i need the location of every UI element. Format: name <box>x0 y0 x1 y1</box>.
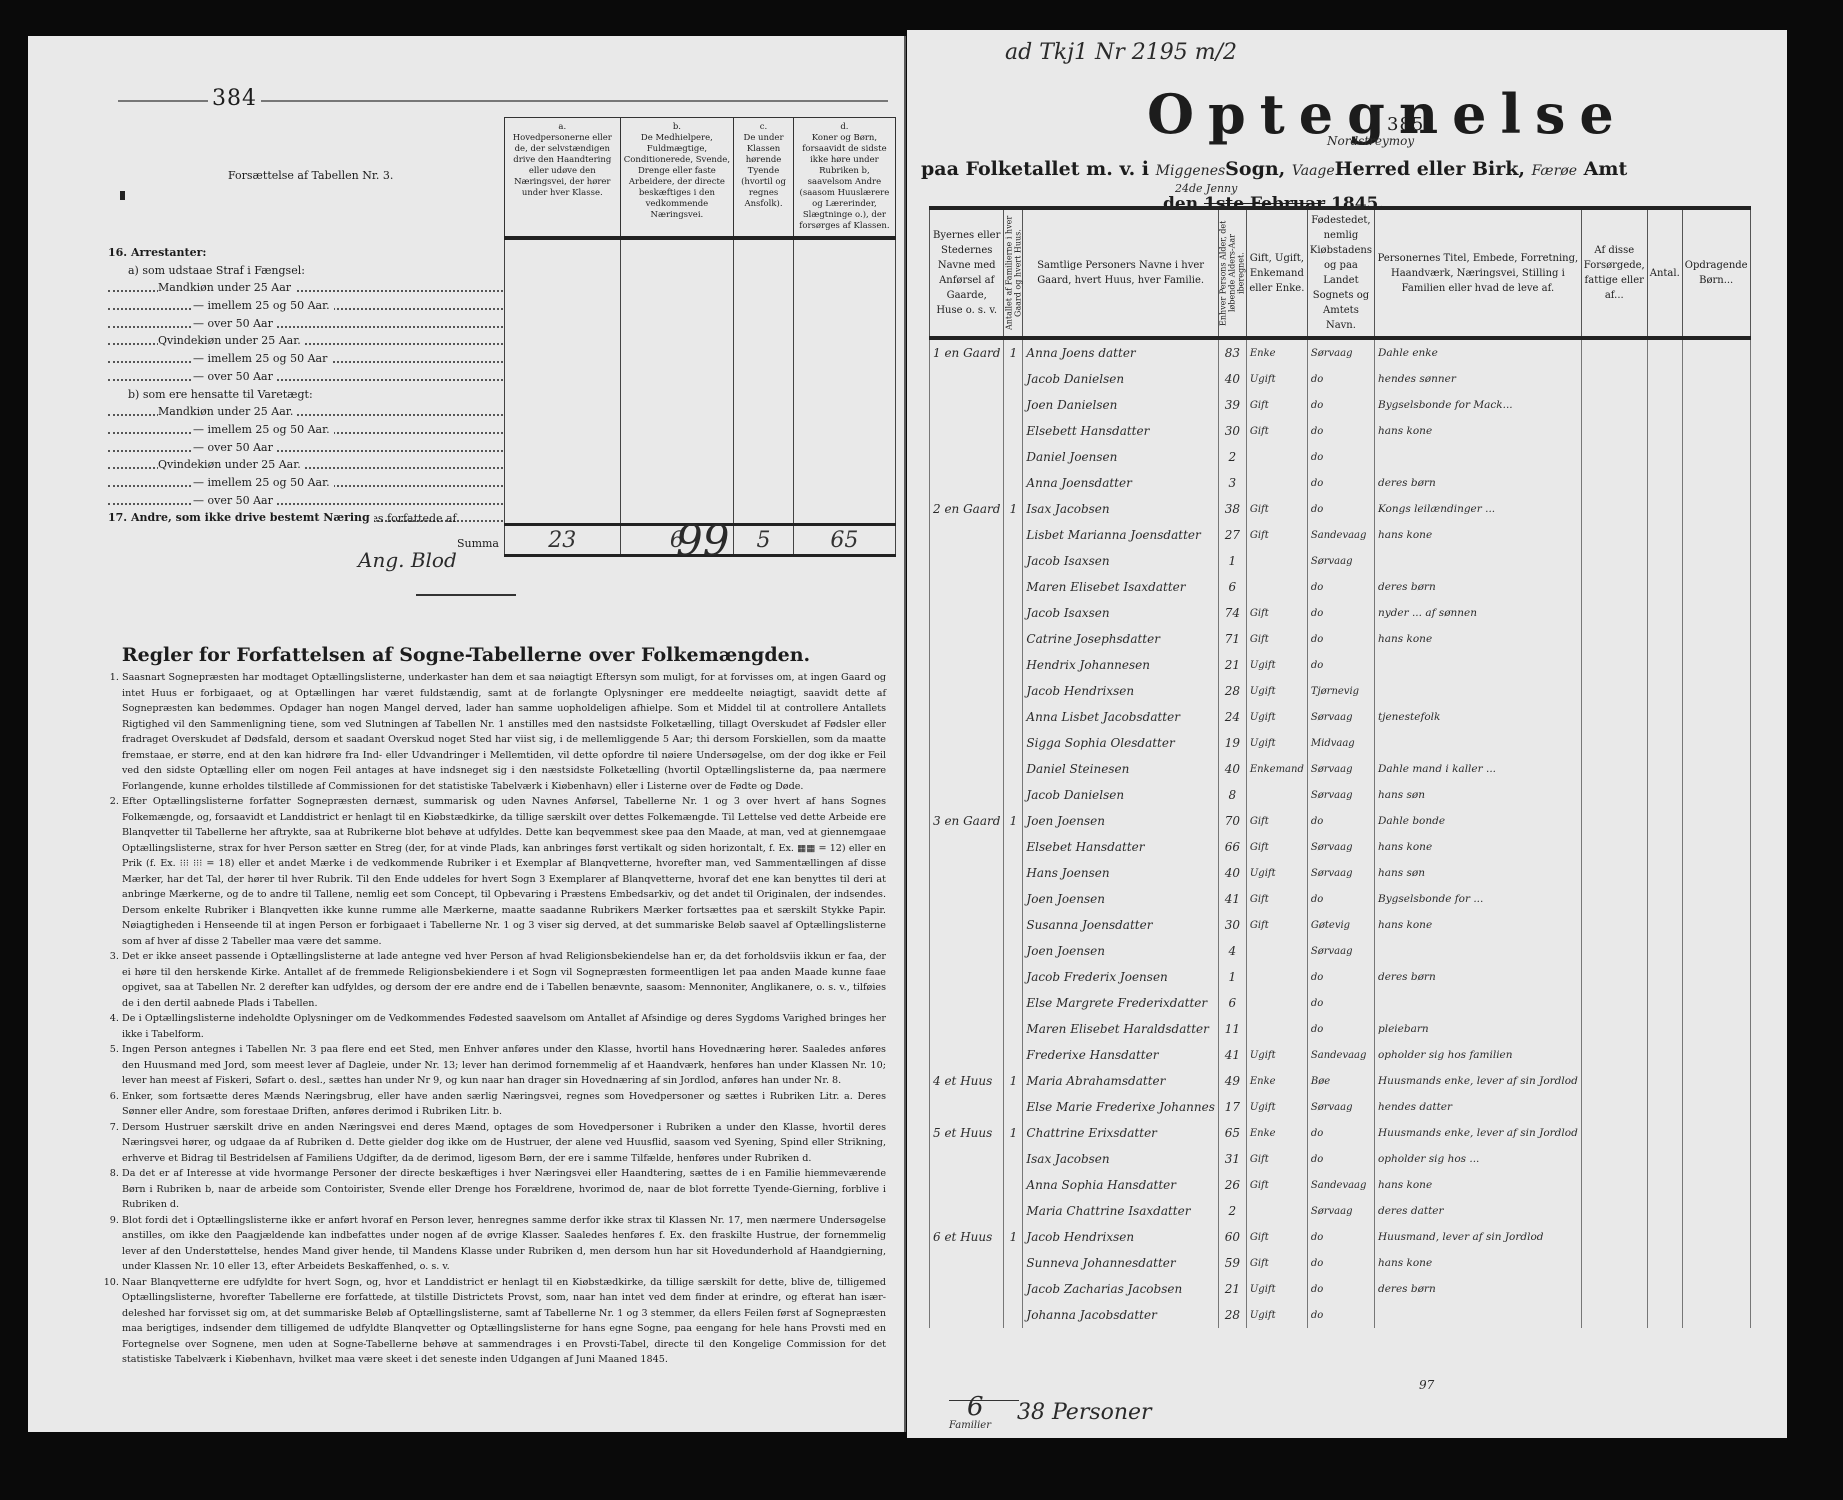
cell-age: 1 <box>1218 964 1246 990</box>
cell-age: 28 <box>1218 678 1246 704</box>
cell-name: Maria Abrahamsdatter <box>1023 1068 1218 1094</box>
cell-status: Gift <box>1246 522 1307 548</box>
cell-occupation: tjenestefolk <box>1374 704 1581 730</box>
cell-families <box>1004 782 1023 808</box>
cell-empty <box>1682 1094 1750 1120</box>
cell-status <box>1246 1198 1307 1224</box>
page-number: 385 <box>1387 114 1424 135</box>
cell-place <box>930 886 1004 912</box>
census-row: Anna Sophia Hansdatter26GiftSandevaaghan… <box>930 1172 1751 1198</box>
cell-empty <box>1581 990 1647 1016</box>
cell-place <box>930 1276 1004 1302</box>
cell-occupation: hans søn <box>1374 782 1581 808</box>
cell-name: Isax Jacobsen <box>1023 1146 1218 1172</box>
cell-name: Susanna Joensdatter <box>1023 912 1218 938</box>
census-row: Frederixe Hansdatter41UgiftSandevaagopho… <box>930 1042 1751 1068</box>
class-cell <box>734 258 794 276</box>
class-cell <box>734 399 794 417</box>
row-label: — over 50 Aar <box>193 494 277 507</box>
census-column-header: Gift, Ugift, Enkemand eller Enke. <box>1246 208 1307 338</box>
cell-status <box>1246 444 1307 470</box>
census-row: 2 en Gaard1Isax Jacobsen38GiftdoKongs le… <box>930 496 1751 522</box>
census-column-header: Personernes Titel, Embede, Forretning, H… <box>1374 208 1581 338</box>
arrestanter-row: — over 50 Aar <box>108 368 503 386</box>
cell-birthplace: do <box>1307 964 1374 990</box>
class-cell <box>793 293 895 311</box>
cell-empty <box>1647 704 1682 730</box>
cell-status <box>1246 470 1307 496</box>
cell-age: 66 <box>1218 834 1246 860</box>
cell-empty <box>1682 964 1750 990</box>
class-cell <box>620 311 734 329</box>
cell-occupation <box>1374 990 1581 1016</box>
cell-occupation: deres børn <box>1374 964 1581 990</box>
class-cell <box>505 505 621 524</box>
cell-families <box>1004 1042 1023 1068</box>
cell-birthplace: Sørvaag <box>1307 782 1374 808</box>
column-letter: b. <box>623 122 732 133</box>
cell-status: Ugift <box>1246 730 1307 756</box>
cell-occupation: hans kone <box>1374 522 1581 548</box>
class-cell <box>793 452 895 470</box>
cell-occupation: Dahle bonde <box>1374 808 1581 834</box>
cell-status: Ugift <box>1246 1302 1307 1328</box>
census-row: Else Marie Frederixe Johannes17UgiftSørv… <box>930 1094 1751 1120</box>
cell-status <box>1246 548 1307 574</box>
page-number: 384 <box>208 86 261 111</box>
cell-empty <box>1682 522 1750 548</box>
census-column-header: Antallet af Familierne i hver Gaard og h… <box>1004 208 1023 338</box>
cell-empty <box>1581 912 1647 938</box>
cell-status: Ugift <box>1246 860 1307 886</box>
cell-place <box>930 470 1004 496</box>
census-row: Catrine Josephsdatter71Giftdohans kone <box>930 626 1751 652</box>
cell-status: Ugift <box>1246 652 1307 678</box>
census-column-header: Fødestedet, nemlig Kiøbstadens og paa La… <box>1307 208 1374 338</box>
cell-empty <box>1581 1146 1647 1172</box>
class-cell <box>620 364 734 382</box>
class-cell <box>734 311 794 329</box>
row-label: Mandkiøn under 25 Aar. <box>158 405 297 418</box>
cell-name: Anna Sophia Hansdatter <box>1023 1172 1218 1198</box>
cell-age: 40 <box>1218 366 1246 392</box>
cell-empty <box>1682 338 1750 366</box>
cell-status: Gift <box>1246 626 1307 652</box>
cell-occupation: deres børn <box>1374 1276 1581 1302</box>
census-row: Joen Joensen41GiftdoBygselsbonde for ... <box>930 886 1751 912</box>
cell-empty <box>1647 912 1682 938</box>
cell-occupation: hans kone <box>1374 912 1581 938</box>
row-label: b) som ere hensatte til Varetægt: <box>128 388 317 401</box>
rule-item: Det er ikke anseet passende i Optællings… <box>122 949 886 1011</box>
cell-name: Maren Elisebet Isaxdatter <box>1023 574 1218 600</box>
cell-status: Gift <box>1246 886 1307 912</box>
cell-families <box>1004 990 1023 1016</box>
class-cell <box>734 328 794 346</box>
census-row: Jacob Danielsen40Ugiftdohendes sønner <box>930 366 1751 392</box>
cell-age: 40 <box>1218 756 1246 782</box>
cell-families <box>1004 444 1023 470</box>
cell-empty <box>1682 392 1750 418</box>
archive-mark: ad Tkj1 Nr 2195 m/2 <box>1005 40 1237 65</box>
census-column-header: Samtlige Personers Navne i hver Gaard, h… <box>1023 208 1218 338</box>
cell-occupation: pleiebarn <box>1374 1016 1581 1042</box>
class-table: a.Hovedpersonerne eller de, der selvstæn… <box>504 117 896 557</box>
cell-age: 2 <box>1218 444 1246 470</box>
cell-occupation: hendes datter <box>1374 1094 1581 1120</box>
arrestanter-row: Qvindekiøn under 25 Aar. <box>108 332 503 350</box>
cell-empty <box>1581 366 1647 392</box>
cell-age: 70 <box>1218 808 1246 834</box>
cell-birthplace: Tjørnevig <box>1307 678 1374 704</box>
cell-empty <box>1682 938 1750 964</box>
cell-birthplace: Sørvaag <box>1307 938 1374 964</box>
cell-birthplace: do <box>1307 1250 1374 1276</box>
class-table-row <box>505 275 896 293</box>
cell-empty <box>1647 808 1682 834</box>
cell-families <box>1004 1172 1023 1198</box>
cell-name: Joen Joensen <box>1023 808 1218 834</box>
cell-name: Isax Jacobsen <box>1023 496 1218 522</box>
cell-empty <box>1682 1250 1750 1276</box>
class-column-header: c.De under Klassen hørende Tyende (hvort… <box>734 118 794 239</box>
cell-place <box>930 1250 1004 1276</box>
cell-status <box>1246 574 1307 600</box>
cell-empty <box>1682 1042 1750 1068</box>
census-row: 3 en Gaard1Joen Joensen70GiftdoDahle bon… <box>930 808 1751 834</box>
cell-families <box>1004 730 1023 756</box>
cell-occupation: deres datter <box>1374 1198 1581 1224</box>
census-row: 5 et Huus1Chattrine Erixsdatter65EnkedoH… <box>930 1120 1751 1146</box>
cell-families <box>1004 626 1023 652</box>
class-cell <box>620 382 734 400</box>
cell-status: Gift <box>1246 834 1307 860</box>
class-table-row <box>505 399 896 417</box>
table-subtitle: Forsættelse af Tabellen Nr. 3. <box>228 169 393 182</box>
cell-empty <box>1682 1120 1750 1146</box>
cell-age: 6 <box>1218 990 1246 1016</box>
herred-name: Vaage <box>1292 163 1335 179</box>
cell-status: Gift <box>1246 1250 1307 1276</box>
cell-birthplace: do <box>1307 652 1374 678</box>
cell-age: 6 <box>1218 574 1246 600</box>
cell-name: Sunneva Johannesdatter <box>1023 1250 1218 1276</box>
herred-note-handwritten: Nordstreymoy <box>1327 134 1414 148</box>
cell-empty <box>1682 574 1750 600</box>
arrestanter-row: — imellem 25 og 50 Aar. <box>108 474 503 492</box>
class-cell <box>734 488 794 506</box>
cell-birthplace: Sørvaag <box>1307 1094 1374 1120</box>
class-cell <box>620 399 734 417</box>
cell-age: 8 <box>1218 782 1246 808</box>
cell-empty <box>1581 626 1647 652</box>
cell-empty <box>1682 418 1750 444</box>
census-row: Jacob Frederix Joensen1doderes børn <box>930 964 1751 990</box>
heading-prefix: paa Folketallet m. v. i <box>921 158 1149 180</box>
cell-families <box>1004 1094 1023 1120</box>
cell-families: 1 <box>1004 496 1023 522</box>
cell-place <box>930 1302 1004 1328</box>
class-cell <box>505 328 621 346</box>
herred-label: Herred eller Birk, <box>1335 158 1525 180</box>
cell-birthplace: Sørvaag <box>1307 834 1374 860</box>
cell-birthplace: Sørvaag <box>1307 860 1374 886</box>
cell-occupation <box>1374 678 1581 704</box>
cell-occupation: hans kone <box>1374 1250 1581 1276</box>
cell-place <box>930 626 1004 652</box>
cell-age: 30 <box>1218 418 1246 444</box>
rule-item: Enker, som fortsætte deres Mænds Nærings… <box>122 1089 886 1120</box>
column-text: De under Klassen hørende Tyende (hvortil… <box>736 133 791 210</box>
cell-birthplace: Sørvaag <box>1307 338 1374 366</box>
cell-place <box>930 834 1004 860</box>
column-letter: a. <box>507 122 618 133</box>
arrestanter-row: — over 50 Aar <box>108 315 503 333</box>
cell-empty <box>1581 1276 1647 1302</box>
total-families: 6 <box>967 1392 984 1422</box>
cell-empty <box>1647 1276 1682 1302</box>
class-cell <box>793 258 895 276</box>
arrestanter-row: a) som udstaae Straf i Fængsel: <box>108 262 503 280</box>
cell-status: Gift <box>1246 392 1307 418</box>
cell-empty <box>1647 990 1682 1016</box>
cell-place <box>930 782 1004 808</box>
cell-age: 49 <box>1218 1068 1246 1094</box>
cell-name: Joen Joensen <box>1023 886 1218 912</box>
class-cell <box>505 470 621 488</box>
cell-occupation: hendes sønner <box>1374 366 1581 392</box>
cell-birthplace: do <box>1307 366 1374 392</box>
cell-occupation: Huusmands enke, lever af sin Jordlod <box>1374 1068 1581 1094</box>
cell-empty <box>1682 678 1750 704</box>
census-row: Joen Danielsen39GiftdoBygselsbonde for M… <box>930 392 1751 418</box>
cell-name: Lisbet Marianna Joensdatter <box>1023 522 1218 548</box>
cell-status: Enke <box>1246 1120 1307 1146</box>
cell-empty <box>1682 496 1750 522</box>
class-cell <box>505 293 621 311</box>
cell-place: 2 en Gaard <box>930 496 1004 522</box>
cell-age: 21 <box>1218 1276 1246 1302</box>
rule-item: Naar Blanqvetterne ere udfyldte for hver… <box>122 1275 886 1368</box>
census-row: Elsebet Hansdatter66GiftSørvaaghans kone <box>930 834 1751 860</box>
cell-place <box>930 964 1004 990</box>
cell-families <box>1004 964 1023 990</box>
cell-empty <box>1581 964 1647 990</box>
census-row: Maren Elisebet Isaxdatter6doderes børn <box>930 574 1751 600</box>
cell-families: 1 <box>1004 1224 1023 1250</box>
census-row: Jacob Danielsen8Sørvaaghans søn <box>930 782 1751 808</box>
census-row: Sigga Sophia Olesdatter19UgiftMidvaag <box>930 730 1751 756</box>
cell-empty <box>1581 338 1647 366</box>
census-row: Else Margrete Frederixdatter6do <box>930 990 1751 1016</box>
class-table-row <box>505 435 896 453</box>
column-letter: c. <box>736 122 791 133</box>
cell-name: Elsebett Hansdatter <box>1023 418 1218 444</box>
cell-families <box>1004 1250 1023 1276</box>
cell-empty <box>1581 678 1647 704</box>
class-cell <box>505 452 621 470</box>
cell-name: Johanna Jacobsdatter <box>1023 1302 1218 1328</box>
class-cell <box>620 470 734 488</box>
cell-name: Hans Joensen <box>1023 860 1218 886</box>
census-row: Jacob Isaxsen74Giftdonyder ... af sønnen <box>930 600 1751 626</box>
cell-status: Gift <box>1246 418 1307 444</box>
class-table-row <box>505 238 896 258</box>
cell-empty <box>1682 808 1750 834</box>
class-cell <box>734 470 794 488</box>
signature: Ang. Blod <box>358 548 457 572</box>
column-letter: d. <box>796 122 893 133</box>
cell-status: Enkemand <box>1246 756 1307 782</box>
cell-empty <box>1682 548 1750 574</box>
cell-occupation <box>1374 730 1581 756</box>
class-cell <box>793 328 895 346</box>
cell-empty <box>1581 730 1647 756</box>
cell-empty <box>1581 704 1647 730</box>
rule-item: De i Optællingslisterne indeholdte Oplys… <box>122 1011 886 1042</box>
cell-place <box>930 1016 1004 1042</box>
cell-families <box>1004 1276 1023 1302</box>
cell-status: Ugift <box>1246 366 1307 392</box>
column-text: Koner og Børn, forsaavidt de sidste ikke… <box>796 133 893 232</box>
census-row: Hans Joensen40UgiftSørvaaghans søn <box>930 860 1751 886</box>
arrestanter-rows: 16. Arrestanter:a) som udstaae Straf i F… <box>108 244 503 553</box>
census-row: Elsebett Hansdatter30Giftdohans kone <box>930 418 1751 444</box>
cell-empty <box>1647 1250 1682 1276</box>
cell-empty <box>1581 600 1647 626</box>
census-row: Lisbet Marianna Joensdatter27GiftSandeva… <box>930 522 1751 548</box>
class-cell <box>620 346 734 364</box>
cell-empty <box>1682 366 1750 392</box>
census-table: Byernes eller Stedernes Navne med Anførs… <box>929 206 1751 1328</box>
arrestanter-row: — over 50 Aar <box>108 492 503 510</box>
cell-families: 1 <box>1004 808 1023 834</box>
cell-empty <box>1647 1146 1682 1172</box>
class-table-row <box>505 470 896 488</box>
cell-occupation: Bygselsbonde for ... <box>1374 886 1581 912</box>
arrestanter-row: — imellem 25 og 50 Aar <box>108 350 503 368</box>
cell-empty <box>1647 470 1682 496</box>
class-cell <box>505 238 621 258</box>
class-cell <box>620 328 734 346</box>
census-column-header: Byernes eller Stedernes Navne med Anførs… <box>930 208 1004 338</box>
cell-place <box>930 756 1004 782</box>
cell-age: 41 <box>1218 1042 1246 1068</box>
cell-families <box>1004 938 1023 964</box>
cell-place <box>930 1146 1004 1172</box>
cell-empty <box>1581 1094 1647 1120</box>
cell-name: Hendrix Johannesen <box>1023 652 1218 678</box>
cell-name: Catrine Josephsdatter <box>1023 626 1218 652</box>
cell-status: Ugift <box>1246 1042 1307 1068</box>
class-cell <box>793 399 895 417</box>
summa-value: 65 <box>793 525 895 556</box>
arrestanter-row: — imellem 25 og 50 Aar. <box>108 421 503 439</box>
cell-birthplace: do <box>1307 444 1374 470</box>
class-cell <box>734 275 794 293</box>
cell-occupation: opholder sig hos familien <box>1374 1042 1581 1068</box>
class-cell <box>505 435 621 453</box>
class-cell <box>734 452 794 470</box>
cell-occupation: opholder sig hos ... <box>1374 1146 1581 1172</box>
leader-dots <box>108 368 503 381</box>
class-table-row <box>505 452 896 470</box>
cell-families <box>1004 1198 1023 1224</box>
census-column-header: Af disse Forsørgede, fattige eller af... <box>1581 208 1647 338</box>
cell-empty <box>1682 626 1750 652</box>
rule-item: Da det er af Interesse at vide hvormange… <box>122 1166 886 1213</box>
cell-age: 65 <box>1218 1120 1246 1146</box>
cell-name: Jacob Frederix Joensen <box>1023 964 1218 990</box>
cell-birthplace: do <box>1307 1146 1374 1172</box>
census-row: Susanna Joensdatter30GiftGøtevighans kon… <box>930 912 1751 938</box>
heading-line: paa Folketallet m. v. i MiggenesSogn, Va… <box>921 158 1627 180</box>
cell-name: Maren Elisebet Haraldsdatter <box>1023 1016 1218 1042</box>
row-label: — over 50 Aar <box>193 441 277 454</box>
census-row: Isax Jacobsen31Giftdoopholder sig hos ..… <box>930 1146 1751 1172</box>
class-table-row <box>505 311 896 329</box>
census-row: Hendrix Johannesen21Ugiftdo <box>930 652 1751 678</box>
class-cell <box>793 435 895 453</box>
cell-name: Else Marie Frederixe Johannes <box>1023 1094 1218 1120</box>
cell-empty <box>1581 548 1647 574</box>
class-cell <box>793 505 895 524</box>
left-page: 384 Forsættelse af Tabellen Nr. 3. a.Hov… <box>28 36 906 1432</box>
cell-empty <box>1647 574 1682 600</box>
cell-families <box>1004 652 1023 678</box>
cell-occupation: hans kone <box>1374 626 1581 652</box>
cell-status <box>1246 990 1307 1016</box>
class-cell <box>505 258 621 276</box>
cell-place <box>930 574 1004 600</box>
class-cell <box>793 488 895 506</box>
census-row: 6 et Huus1Jacob Hendrixsen60GiftdoHuusma… <box>930 1224 1751 1250</box>
cell-name: Maria Chattrine Isaxdatter <box>1023 1198 1218 1224</box>
cell-empty <box>1581 1250 1647 1276</box>
cell-name: Jacob Hendrixsen <box>1023 678 1218 704</box>
class-table-row <box>505 293 896 311</box>
cell-families <box>1004 522 1023 548</box>
cell-empty <box>1682 886 1750 912</box>
cell-birthplace: Sørvaag <box>1307 1198 1374 1224</box>
cell-families <box>1004 548 1023 574</box>
cell-empty <box>1581 470 1647 496</box>
cell-empty <box>1647 392 1682 418</box>
class-table-row <box>505 346 896 364</box>
cell-empty <box>1682 444 1750 470</box>
cell-age: 21 <box>1218 652 1246 678</box>
cell-families <box>1004 418 1023 444</box>
cell-families: 1 <box>1004 338 1023 366</box>
cell-families <box>1004 392 1023 418</box>
cell-name: Jacob Zacharias Jacobsen <box>1023 1276 1218 1302</box>
cell-name: Anna Lisbet Jacobsdatter <box>1023 704 1218 730</box>
cell-empty <box>1682 912 1750 938</box>
cell-empty <box>1581 522 1647 548</box>
cell-families: 1 <box>1004 1068 1023 1094</box>
cell-empty <box>1682 1146 1750 1172</box>
cell-empty <box>1647 938 1682 964</box>
row-label: 16. Arrestanter: <box>108 246 210 259</box>
right-page: ad Tkj1 Nr 2195 m/2 Optegnelse 385 Nords… <box>907 30 1787 1438</box>
cell-empty <box>1581 938 1647 964</box>
census-row: Daniel Steinesen40EnkemandSørvaagDahle m… <box>930 756 1751 782</box>
cell-name: Daniel Joensen <box>1023 444 1218 470</box>
cell-birthplace: Bøe <box>1307 1068 1374 1094</box>
cell-birthplace: do <box>1307 1120 1374 1146</box>
cell-empty <box>1682 652 1750 678</box>
class-cell <box>620 293 734 311</box>
